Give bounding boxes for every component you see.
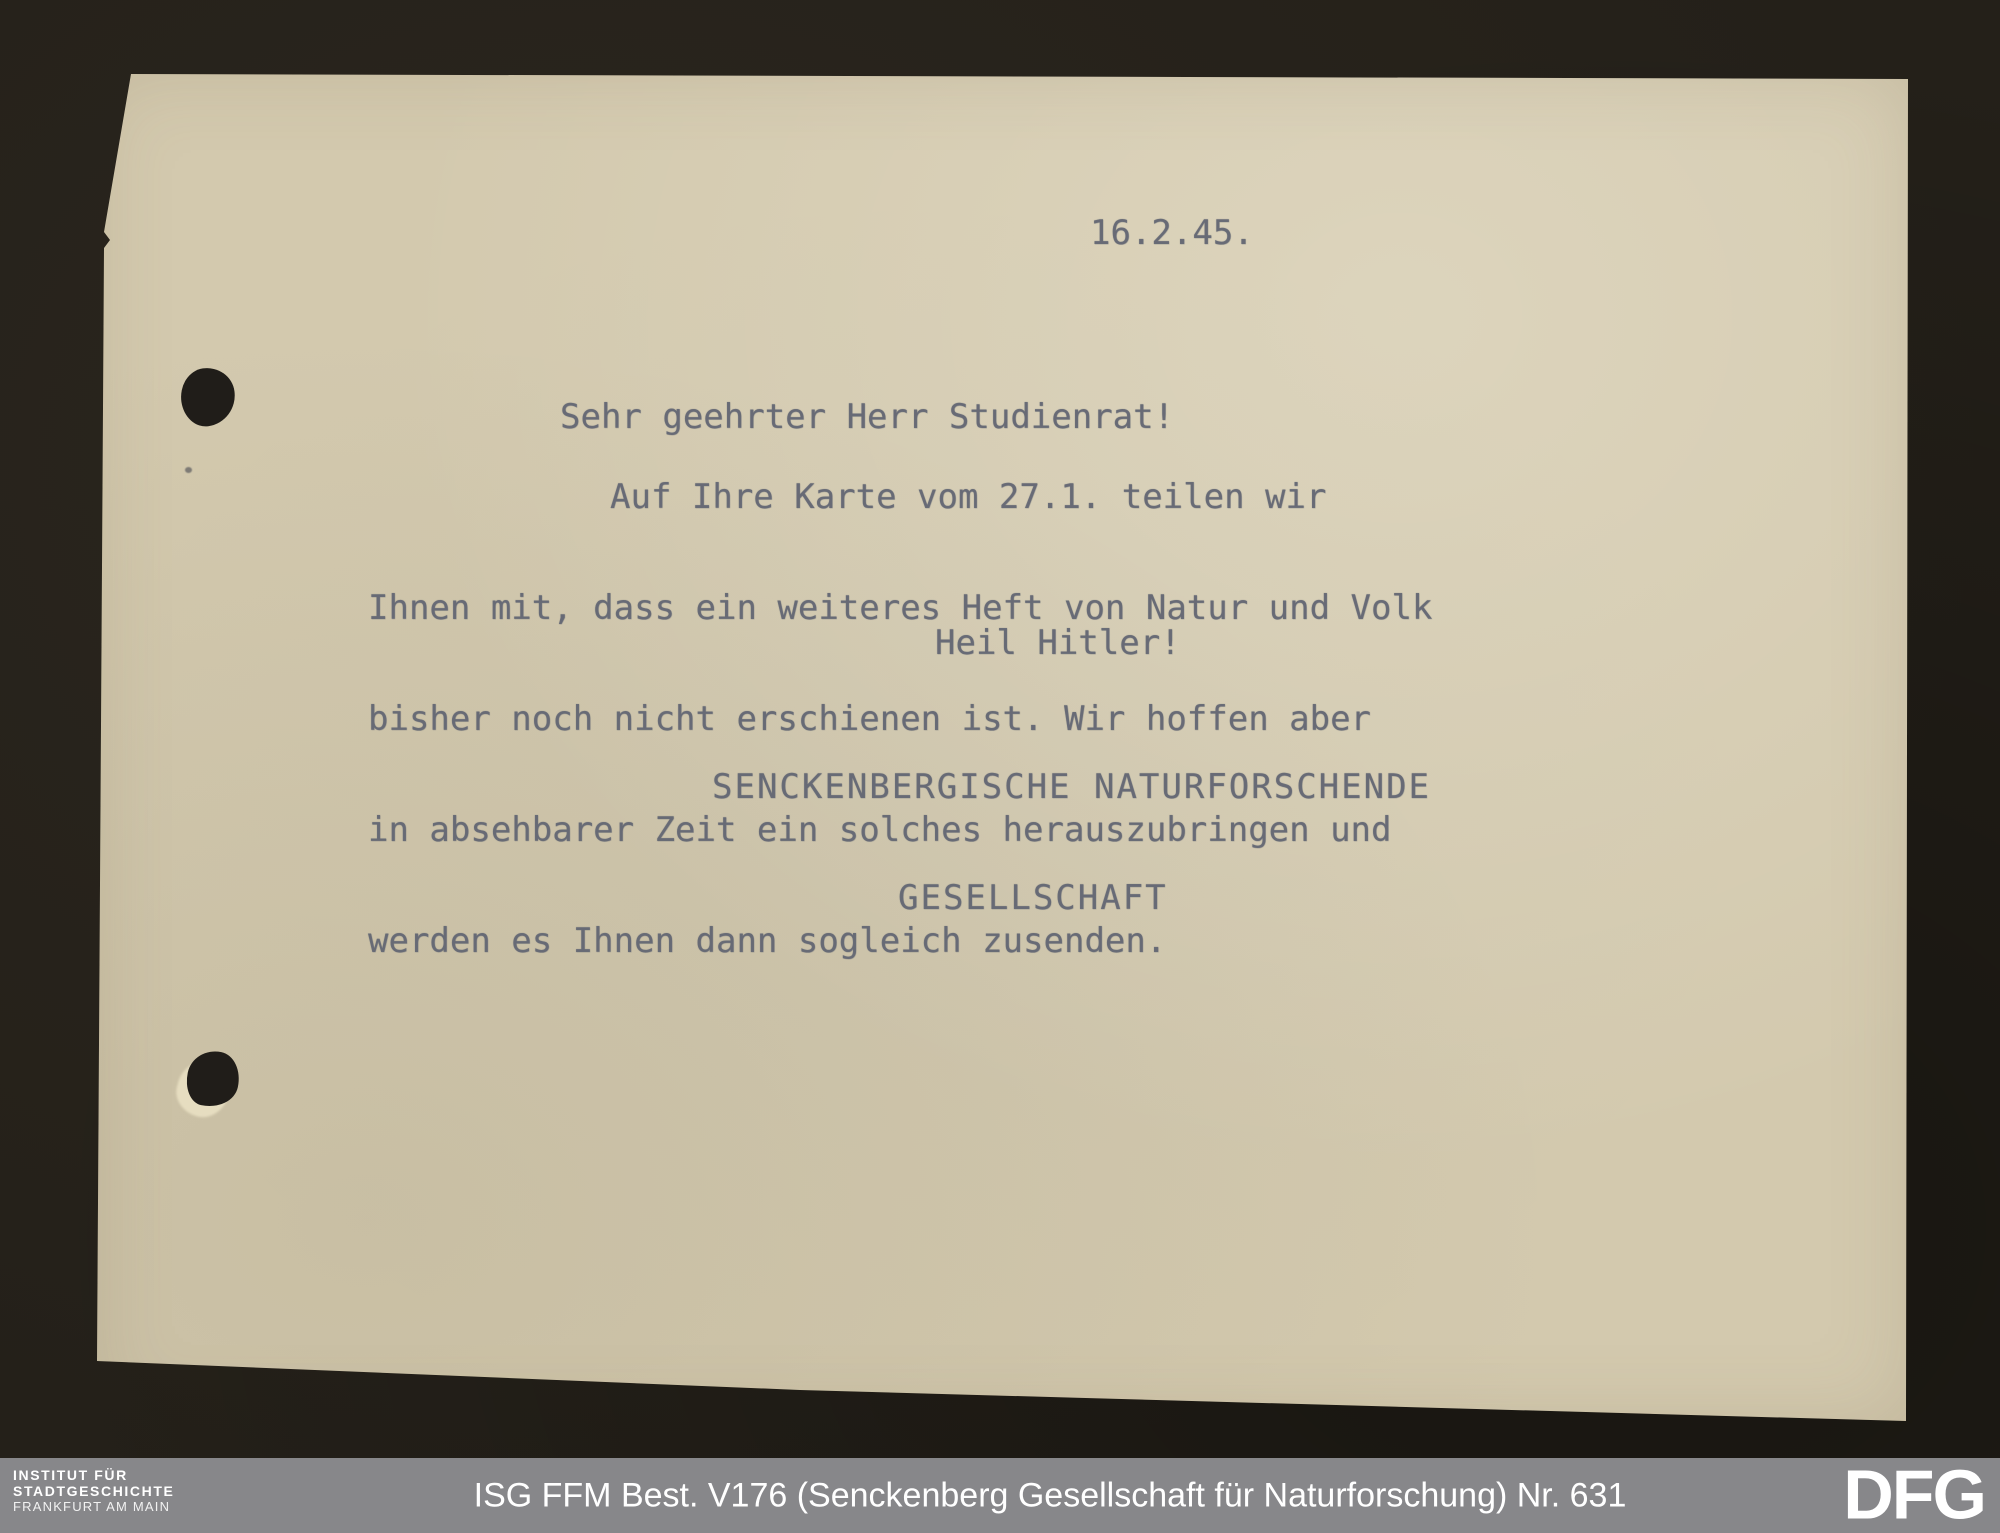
archive-reference-text: ISG FFM Best. V176 (Senckenberg Gesellsc… bbox=[474, 1476, 1627, 1515]
letter-page: 16.2.45. Sehr geehrter Herr Studienrat! … bbox=[95, 73, 1908, 1422]
dfg-logo: DFG bbox=[1843, 1454, 1985, 1533]
signature-line: SENCKENBERGISCHE NATURFORSCHENDE bbox=[712, 769, 1431, 806]
archive-footer-bar: INSTITUT FÜR STADTGESCHICHTE FRANKFURT A… bbox=[0, 1458, 2000, 1533]
ink-speck bbox=[185, 467, 192, 473]
letter-date: 16.2.45. bbox=[1090, 215, 1254, 252]
scan-mat-background: 16.2.45. Sehr geehrter Herr Studienrat! … bbox=[0, 0, 2000, 1533]
institute-name-line: STADTGESCHICHTE bbox=[13, 1483, 174, 1499]
body-line: Auf Ihre Karte vom 27.1. teilen wir bbox=[368, 479, 1432, 516]
institute-name-line: INSTITUT FÜR bbox=[13, 1467, 174, 1483]
letter-signature: SENCKENBERGISCHE NATURFORSCHENDE GESELLS… bbox=[712, 695, 1431, 991]
signature-line: GESELLSCHAFT bbox=[898, 880, 1431, 917]
institute-logo-block: INSTITUT FÜR STADTGESCHICHTE FRANKFURT A… bbox=[13, 1467, 174, 1515]
institute-city-line: FRANKFURT AM MAIN bbox=[13, 1499, 174, 1515]
letter-closing: Heil Hitler! bbox=[935, 625, 1181, 662]
punch-hole-top bbox=[177, 365, 239, 430]
body-line: Ihnen mit, dass ein weiteres Heft von Na… bbox=[368, 590, 1432, 627]
